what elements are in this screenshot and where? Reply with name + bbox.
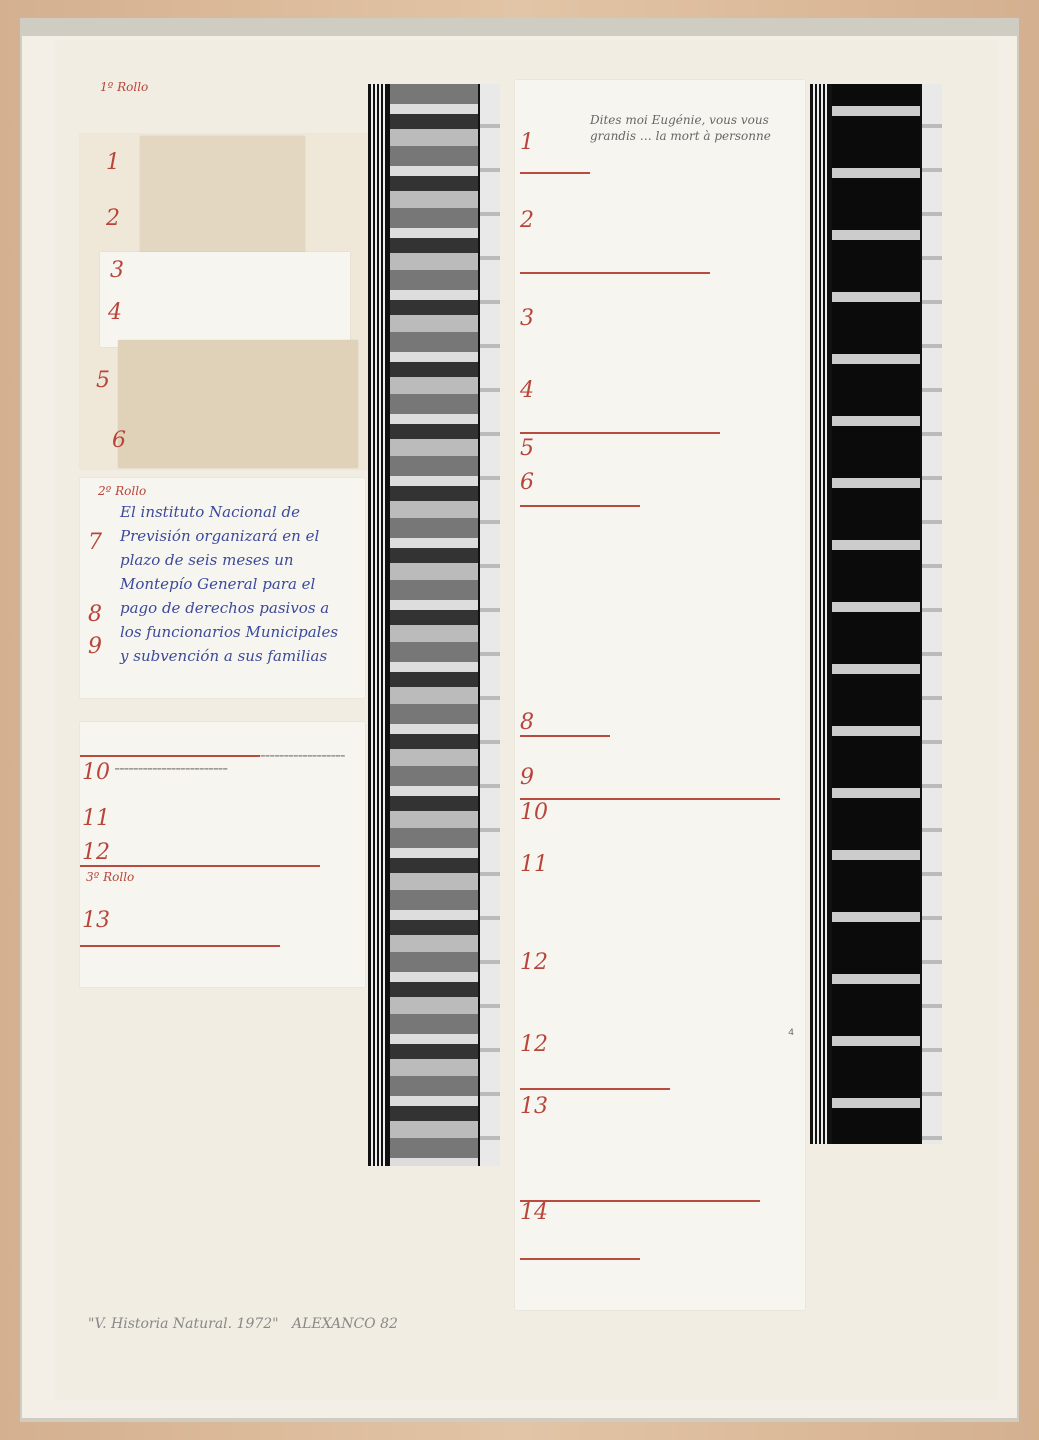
typed-text-block: ▬▬▬▬▬▬▬▬▬▬▬▬▬▬▬▬▬▬▬▬▬▬▬▬ ▬▬▬▬▬▬▬▬▬▬▬▬▬▬▬… xyxy=(115,750,355,860)
script-number: 12 xyxy=(520,1032,548,1057)
number-7: 7 xyxy=(88,530,102,555)
roll-2-label: 2º Rollo xyxy=(98,484,146,498)
typed-script-sheet xyxy=(515,80,805,1310)
red-rule xyxy=(520,1258,640,1260)
script-number: 10 xyxy=(520,800,548,825)
number-11: 11 xyxy=(82,806,110,831)
printed-clipping-3 xyxy=(118,340,358,468)
red-rule xyxy=(520,798,780,800)
red-rule xyxy=(520,172,590,174)
printed-clipping-2 xyxy=(100,252,350,347)
film-strip-left xyxy=(368,84,500,1166)
script-number: 11 xyxy=(520,852,548,877)
red-rule xyxy=(80,755,260,757)
number-12: 12 xyxy=(82,840,110,865)
script-number: 14 xyxy=(520,1200,548,1225)
number-3: 3 xyxy=(110,258,124,283)
page-number: 4 xyxy=(788,1028,794,1039)
signature: ALEXANCO 82 xyxy=(292,1316,398,1332)
printed-clipping-1 xyxy=(140,136,305,256)
number-6: 6 xyxy=(112,428,126,453)
script-number: 2 xyxy=(520,208,534,233)
script-number: 8 xyxy=(520,710,534,735)
artwork-inscription: "V. Historia Natural. 1972" ALEXANCO 82 xyxy=(88,1316,398,1332)
red-rule xyxy=(520,1200,760,1202)
number-8: 8 xyxy=(88,602,102,627)
red-rule xyxy=(520,735,610,737)
script-number: 9 xyxy=(520,765,534,790)
script-number: 6 xyxy=(520,470,534,495)
number-5: 5 xyxy=(96,368,110,393)
script-number: 3 xyxy=(520,306,534,331)
red-rule xyxy=(80,865,320,867)
film-strip-right xyxy=(810,84,942,1144)
number-9: 9 xyxy=(88,634,102,659)
number-4: 4 xyxy=(108,300,122,325)
script-number: 1 xyxy=(520,130,534,155)
roll-1-label: 1º Rollo xyxy=(100,80,148,94)
script-number: 12 xyxy=(520,950,548,975)
red-rule xyxy=(520,432,720,434)
number-1: 1 xyxy=(106,150,120,175)
red-rule xyxy=(520,1088,670,1090)
handwritten-header: Dites moi Eugénie, vous vous grandis … l… xyxy=(590,112,790,144)
script-number: 13 xyxy=(520,1094,548,1119)
script-number: 4 xyxy=(520,378,534,403)
roll-3-label: 3º Rollo xyxy=(86,870,134,884)
number-2: 2 xyxy=(106,206,120,231)
red-rule xyxy=(520,272,710,274)
handwritten-note: El instituto Nacional de Previsión organ… xyxy=(120,500,350,668)
red-rule xyxy=(80,945,280,947)
number-13: 13 xyxy=(82,908,110,933)
red-rule xyxy=(520,505,640,507)
script-number: 5 xyxy=(520,436,534,461)
inscription-text: "V. Historia Natural. 1972" xyxy=(88,1316,279,1332)
number-10: 10 xyxy=(82,760,110,785)
